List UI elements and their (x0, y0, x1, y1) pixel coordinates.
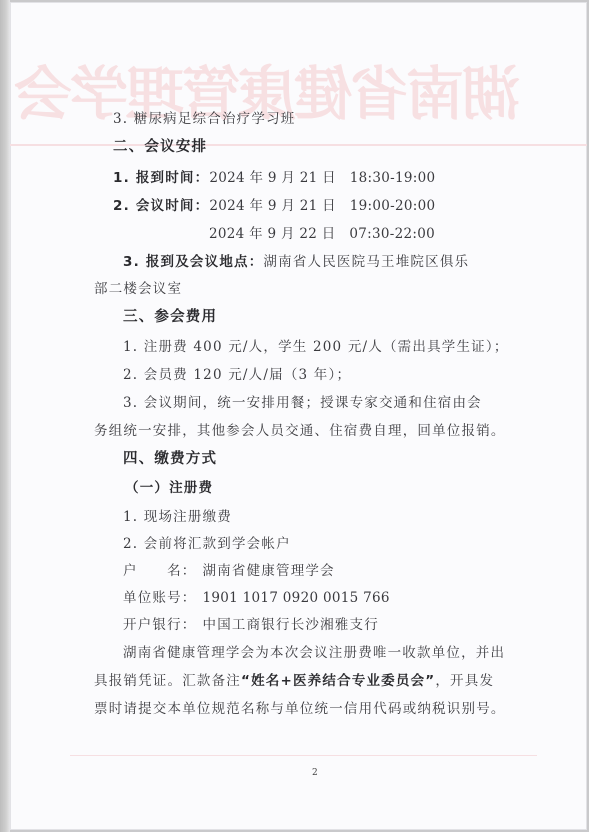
note-line-1: 湖南省健康管理学会为本次会议注册费唯一收款单位，并出 (123, 641, 505, 661)
meeting-label: 2. 会议时间： (113, 198, 209, 214)
remittance-remark: “姓名+医养结合专业委员会” (241, 673, 435, 689)
account-number-label: 单位账号： (123, 590, 197, 606)
header-divider (10, 144, 587, 146)
account-name-value: 湖南省健康管理学会 (203, 563, 335, 579)
fee-item-1: 1. 注册费 400 元/人，学生 200 元/人（需出具学生证）； (123, 335, 509, 355)
account-number-value: 1901 1017 0920 0015 766 (203, 590, 390, 606)
bank-value: 中国工商银行长沙湘雅支行 (203, 617, 379, 633)
account-name-row: 户 名：湖南省健康管理学会 (123, 559, 335, 579)
note-prefix: 具报销凭证。汇款备注 (94, 673, 241, 689)
checkin-value: 2024 年 9 月 21 日 18:30-19:00 (209, 170, 435, 186)
page-number: 2 (312, 768, 318, 778)
course-item-3: 3. 糖尿病足综合治疗学习班 (113, 107, 295, 127)
section-4-title: 四、缴费方式 (123, 447, 217, 468)
fee-item-2: 2. 会员费 120 元/人/届（3 年）； (123, 363, 351, 383)
payment-item-2: 2. 会前将汇款到学会帐户 (123, 532, 291, 552)
account-name-label: 户 名： (123, 563, 197, 579)
footer-divider (70, 755, 537, 756)
checkin-label: 1. 报到时间： (113, 170, 209, 186)
venue: 3. 报到及会议地点：湖南省人民医院马王堆院区俱乐 (123, 250, 469, 270)
bank-label: 开户银行： (123, 617, 197, 633)
account-number-row: 单位账号：1901 1017 0920 0015 766 (123, 586, 390, 606)
venue-value-1: 湖南省人民医院马王堆院区俱乐 (263, 254, 469, 270)
viewer-margin (0, 0, 10, 832)
fee-item-3a: 3. 会议期间，统一安排用餐；授课专家交通和住宿由会 (123, 391, 482, 411)
subsection-1-title: （一）注册费 (125, 476, 213, 496)
section-2-title: 二、会议安排 (113, 135, 207, 156)
section-3-title: 三、参会费用 (123, 305, 217, 326)
meeting-value-2: 2024 年 9 月 22 日 07:30-22:00 (209, 222, 435, 242)
note-line-2: 具报销凭证。汇款备注“姓名+医养结合专业委员会”，开具发 (94, 669, 494, 689)
venue-value-2: 部二楼会议室 (94, 277, 182, 297)
note-line-3: 票时请提交本单位规范名称与单位统一信用代码或纳税识别号。 (94, 697, 506, 717)
payment-item-1: 1. 现场注册缴费 (123, 505, 232, 525)
bank-row: 开户银行：中国工商银行长沙湘雅支行 (123, 613, 379, 633)
meeting-time: 2. 会议时间：2024 年 9 月 21 日 19:00-20:00 (113, 194, 435, 214)
meeting-value-1: 2024 年 9 月 21 日 19:00-20:00 (209, 198, 435, 214)
note-suffix: ，开具发 (435, 673, 494, 689)
fee-item-3b: 务组统一安排，其他参会人员交通、住宿费自理，回单位报销。 (94, 419, 506, 439)
venue-label: 3. 报到及会议地点： (123, 254, 263, 270)
document-page: 湖南省健康管理学会 3. 糖尿病足综合治疗学习班 二、会议安排 1. 报到时间：… (10, 2, 587, 830)
checkin-time: 1. 报到时间：2024 年 9 月 21 日 18:30-19:00 (113, 166, 435, 186)
